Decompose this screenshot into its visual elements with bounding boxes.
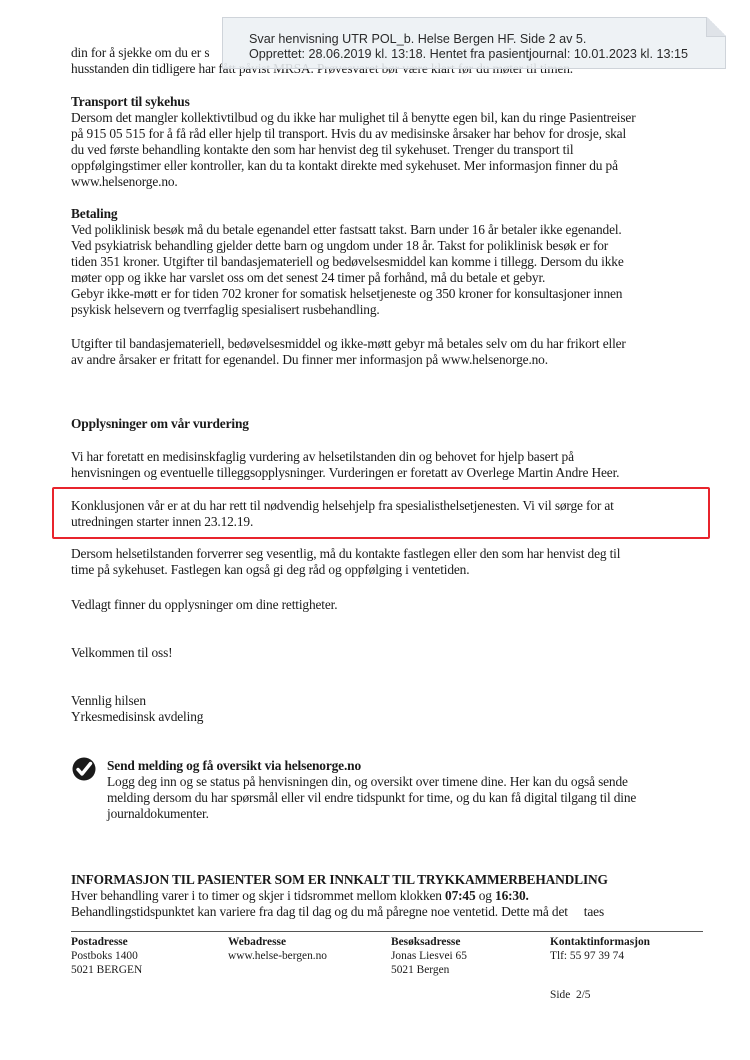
transport-line: på 915 05 515 for å få råd eller hjelp t… [71, 126, 711, 142]
trykkammer-line-2: Behandlingstidspunktet kan variere fra d… [71, 904, 711, 920]
note-text: Svar henvisning UTR POL_b. Helse Bergen … [249, 32, 688, 62]
helsenorge-section: Send melding og få oversikt via helsenor… [107, 758, 717, 822]
betaling-line: psykisk helsevern og tverrfaglig spesial… [71, 302, 711, 318]
vurdering-line: henvisningen og eventuelle tilleggsopply… [71, 465, 711, 481]
vedlagt-text: Vedlagt finner du opplysninger om dine r… [71, 597, 711, 613]
utgifter-line: av andre årsaker er fritatt for egenande… [71, 352, 711, 368]
trykkammer-section: INFORMASJON TIL PASIENTER SOM ER INNKALT… [71, 872, 711, 920]
footer-web-link[interactable]: www.helse-bergen.no [228, 949, 327, 963]
footer-heading: Besøksadresse [391, 935, 467, 949]
utgifter-line: Utgifter til bandasjemateriell, bedøvels… [71, 336, 711, 352]
time-start: 07:45 [445, 888, 476, 903]
footer-line: Postboks 1400 [71, 949, 142, 963]
helsenorge-heading: Send melding og få oversikt via helsenor… [107, 758, 717, 774]
helsenorge-line: melding dersom du har spørsmål eller vil… [107, 790, 717, 806]
helsenorge-line: Logg deg inn og se status på henvisninge… [107, 774, 717, 790]
betaling-line: tiden 351 kroner. Utgifter til bandasjem… [71, 254, 711, 270]
footer-kontakt: Kontaktinformasjon Tlf: 55 97 39 74 [550, 935, 650, 963]
footer-heading: Postadresse [71, 935, 142, 949]
page-number: Side 2/5 [550, 989, 591, 1001]
vedlagt-paragraph: Vedlagt finner du opplysninger om dine r… [71, 597, 711, 613]
note-folded-corner [706, 17, 726, 37]
trykkammer-line-1: Hver behandling varer i to timer og skje… [71, 888, 711, 904]
time-end: 16:30. [495, 888, 529, 903]
transport-line: oppfølgingstimer eller kontroller, kan d… [71, 158, 711, 174]
transport-line: du ved første behandling kontakte den so… [71, 142, 711, 158]
footer-line: Jonas Liesvei 65 [391, 949, 467, 963]
signature: Vennlig hilsen Yrkesmedisinsk avdeling [71, 693, 711, 725]
utgifter-paragraph: Utgifter til bandasjemateriell, bedøvels… [71, 336, 711, 368]
section-transport: Transport til sykehus Dersom det mangler… [71, 94, 711, 190]
note-line-2: Opprettet: 28.06.2019 kl. 13:18. Hentet … [249, 47, 688, 62]
forverrer-paragraph: Dersom helsetilstanden forverrer seg ves… [71, 546, 711, 578]
forverrer-line: time på sykehuset. Fastlegen kan også gi… [71, 562, 711, 578]
velkommen-paragraph: Velkommen til oss! [71, 645, 711, 661]
betaling-line: Ved poliklinisk besøk må du betale egena… [71, 222, 711, 238]
highlight-box [52, 487, 710, 539]
note-line-1: Svar henvisning UTR POL_b. Helse Bergen … [249, 32, 688, 47]
transport-heading: Transport til sykehus [71, 94, 711, 110]
betaling-heading: Betaling [71, 206, 711, 222]
check-circle-icon [72, 757, 96, 781]
trykkammer-text: og [476, 888, 496, 903]
velkommen-text: Velkommen til oss! [71, 645, 711, 661]
journal-note-overlay: Svar henvisning UTR POL_b. Helse Bergen … [222, 17, 726, 69]
footer-line: Tlf: 55 97 39 74 [550, 949, 650, 963]
footer-line: 5021 Bergen [391, 963, 467, 977]
trykkammer-heading: INFORMASJON TIL PASIENTER SOM ER INNKALT… [71, 872, 711, 888]
footer-webadresse: Webadresse www.helse-bergen.no [228, 935, 327, 963]
footer-heading: Kontaktinformasjon [550, 935, 650, 949]
transport-line: Dersom det mangler kollektivtilbud og du… [71, 110, 711, 126]
betaling-line: Gebyr ikke-møtt er for tiden 702 kroner … [71, 286, 711, 302]
footer-heading: Webadresse [228, 935, 327, 949]
betaling-line: Ved psykiatrisk behandling gjelder dette… [71, 238, 711, 254]
footer-divider [71, 931, 703, 932]
helsenorge-line: journaldokumenter. [107, 806, 717, 822]
section-betaling: Betaling Ved poliklinisk besøk må du bet… [71, 206, 711, 318]
footer-postadresse: Postadresse Postboks 1400 5021 BERGEN [71, 935, 142, 977]
signature-greeting: Vennlig hilsen [71, 693, 711, 709]
transport-line: www.helsenorge.no. [71, 174, 711, 190]
forverrer-line: Dersom helsetilstanden forverrer seg ves… [71, 546, 711, 562]
footer-besoksadresse: Besøksadresse Jonas Liesvei 65 5021 Berg… [391, 935, 467, 977]
betaling-line: møter opp og ikke har varslet oss om det… [71, 270, 711, 286]
vurdering-heading-block: Opplysninger om vår vurdering [71, 416, 711, 432]
trykkammer-text: Hver behandling varer i to timer og skje… [71, 888, 445, 903]
vurdering-paragraph: Vi har foretatt en medisinskfaglig vurde… [71, 449, 711, 481]
vurdering-line: Vi har foretatt en medisinskfaglig vurde… [71, 449, 711, 465]
footer-line: 5021 BERGEN [71, 963, 142, 977]
signature-department: Yrkesmedisinsk avdeling [71, 709, 711, 725]
vurdering-heading: Opplysninger om vår vurdering [71, 416, 711, 432]
